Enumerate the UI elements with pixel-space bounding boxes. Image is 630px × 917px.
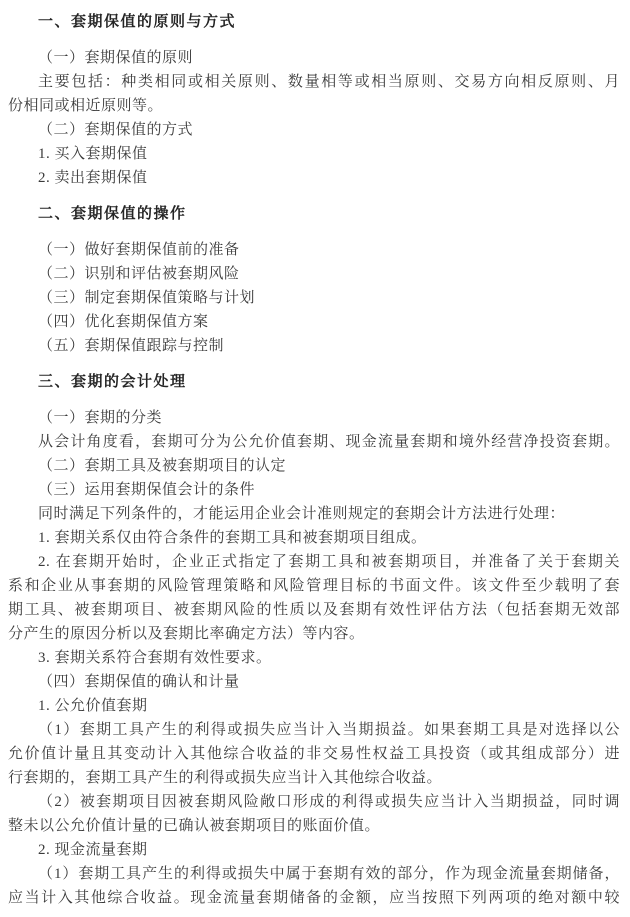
text-line: 同时满足下列条件的，才能运用企业会计准则规定的套期会计方法进行处理： xyxy=(8,502,620,526)
text-line: 2. 在套期开始时，企业正式指定了套期工具和被套期项目，并准备了关于套期关 xyxy=(8,550,620,574)
text-line: （四）套期保值的确认和计量 xyxy=(8,670,620,694)
text-line: 整未以公允价值计量的已确认被套期项目的账面价值。 xyxy=(8,814,620,838)
text-line: 行套期的，套期工具产生的利得或损失应当计入其他综合收益。 xyxy=(8,766,620,790)
text-line: 1. 套期关系仅由符合条件的套期工具和被套期项目组成。 xyxy=(8,526,620,550)
text-line: （三）运用套期保值会计的条件 xyxy=(8,478,620,502)
text-line: 应当计入其他综合收益。现金流量套期储备的金额，应当按照下列两项的绝对额中较 xyxy=(8,886,620,910)
text-line: （三）制定套期保值策略与计划 xyxy=(8,286,620,310)
text-line: 1. 公允价值套期 xyxy=(8,694,620,718)
text-line: （1）套期工具产生的利得或损失中属于套期有效的部分，作为现金流量套期储备， xyxy=(8,862,620,886)
document-text-area: 一、套期保值的原则与方式（一）套期保值的原则主要包括：种类相同或相关原则、数量相… xyxy=(8,10,620,910)
text-line: 份相同或相近原则等。 xyxy=(8,94,620,118)
text-line: （2）被套期项目因被套期风险敞口形成的利得或损失应当计入当期损益，同时调 xyxy=(8,790,620,814)
text-line: （二）识别和评估被套期风险 xyxy=(8,262,620,286)
text-line: 系和企业从事套期的风险管理策略和风险管理目标的书面文件。该文件至少载明了套 xyxy=(8,574,620,598)
text-line: 期工具、被套期项目、被套期风险的性质以及套期有效性评估方法（包括套期无效部 xyxy=(8,598,620,622)
text-line: （一）套期的分类 xyxy=(8,406,620,430)
text-line: （二）套期保值的方式 xyxy=(8,118,620,142)
section-heading: 二、套期保值的操作 xyxy=(8,202,620,226)
text-line: （1）套期工具产生的利得或损失应当计入当期损益。如果套期工具是对选择以公 xyxy=(8,718,620,742)
text-line: （五）套期保值跟踪与控制 xyxy=(8,334,620,358)
text-line: 允价值计量且其变动计入其他综合收益的非交易性权益工具投资（或其组成部分）进 xyxy=(8,742,620,766)
section-heading: 三、套期的会计处理 xyxy=(8,370,620,394)
text-line: 3. 套期关系符合套期有效性要求。 xyxy=(8,646,620,670)
text-line: 2. 现金流量套期 xyxy=(8,838,620,862)
document-page: 一、套期保值的原则与方式（一）套期保值的原则主要包括：种类相同或相关原则、数量相… xyxy=(0,0,630,917)
text-line: （四）优化套期保值方案 xyxy=(8,310,620,334)
text-line: 主要包括：种类相同或相关原则、数量相等或相当原则、交易方向相反原则、月 xyxy=(8,70,620,94)
section-heading: 一、套期保值的原则与方式 xyxy=(8,10,620,34)
text-line: （二）套期工具及被套期项目的认定 xyxy=(8,454,620,478)
text-line: 从会计角度看，套期可分为公允价值套期、现金流量套期和境外经营净投资套期。 xyxy=(8,430,620,454)
text-line: 1. 买入套期保值 xyxy=(8,142,620,166)
text-line: （一）套期保值的原则 xyxy=(8,46,620,70)
text-line: 2. 卖出套期保值 xyxy=(8,166,620,190)
text-line: 分产生的原因分析以及套期比率确定方法）等内容。 xyxy=(8,622,620,646)
text-line: （一）做好套期保值前的准备 xyxy=(8,238,620,262)
